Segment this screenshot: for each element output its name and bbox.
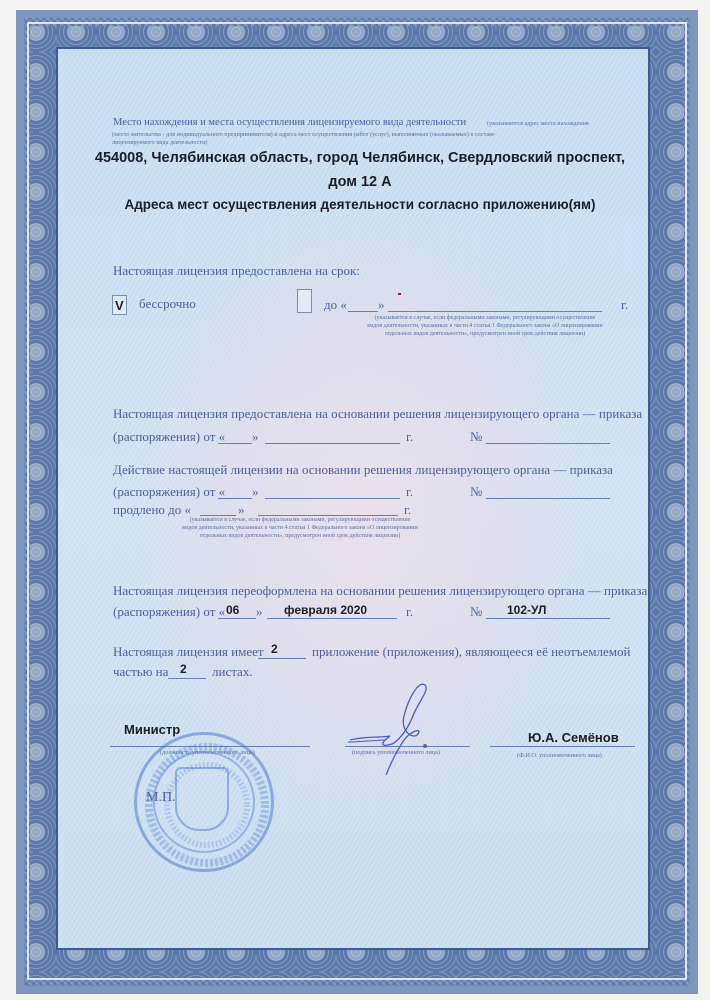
ink-dot	[423, 744, 427, 748]
granted-day-field[interactable]	[218, 443, 252, 444]
sheets-count: 2	[180, 662, 187, 676]
extension-line-2-prefix: (распоряжения) от «	[113, 484, 225, 500]
location-label: Место нахождения и места осуществления л…	[113, 117, 466, 128]
granted-line-1: Настоящая лицензия предоставлена на осно…	[113, 406, 642, 422]
term-note: (указывается в случае, если федеральными…	[330, 314, 640, 338]
term-note-line-3: отдельных видов деятельности», предусмот…	[330, 330, 640, 338]
reissued-day: 06	[226, 603, 239, 617]
signature-scribble-icon	[320, 680, 440, 780]
appendices-prefix: Настоящая лицензия имеет	[113, 644, 264, 660]
location-note-2: (место жительства - для индивидуального …	[112, 131, 495, 138]
extension-note-line-1: (указывается в случае, если федеральными…	[150, 516, 450, 524]
granted-number-field[interactable]	[486, 443, 610, 444]
until-year-suffix: г.	[621, 297, 628, 313]
extension-number-field[interactable]	[486, 498, 610, 499]
reissued-month-year: февраля 2020	[284, 603, 367, 617]
reissued-day-field[interactable]	[218, 618, 256, 619]
until-date-field[interactable]	[388, 311, 602, 312]
sheets-suffix: листах.	[212, 664, 253, 680]
extension-line-1: Действие настоящей лицензии на основании…	[113, 462, 613, 478]
reissued-line-2-mid: »	[256, 604, 263, 620]
check-mark: V	[115, 298, 124, 313]
granted-year-suffix: г.	[406, 429, 413, 445]
address-line-2: дом 12 А	[80, 174, 640, 190]
reissued-line-2-prefix: (распоряжения) от «	[113, 604, 225, 620]
extension-year-suffix: г.	[406, 484, 413, 500]
appendices-count: 2	[271, 642, 278, 656]
reissued-year-suffix: г.	[406, 604, 413, 620]
reissued-number: 102-УЛ	[507, 603, 546, 617]
reissued-number-label: №	[470, 604, 482, 620]
sheets-count-field[interactable]	[168, 678, 206, 679]
until-mid: »	[378, 297, 385, 313]
name-caption: (Ф.И.О. уполномоченного лица)	[517, 752, 602, 759]
granted-line-2-prefix: (распоряжения) от «	[113, 429, 225, 445]
reissued-number-field[interactable]	[486, 618, 610, 619]
location-note-1: (указываются адрес места нахождения	[487, 120, 589, 127]
signatory-name: Ю.А. Семёнов	[528, 730, 619, 745]
extension-day-field[interactable]	[218, 498, 252, 499]
location-note-3: лицензируемого вида деятельности)	[112, 139, 207, 146]
extension-note: (указывается в случае, если федеральными…	[150, 516, 450, 540]
appendices-count-field[interactable]	[258, 658, 306, 659]
granted-number-label: №	[470, 429, 482, 445]
appendices-suffix: приложение (приложения), являющееся её н…	[312, 644, 631, 660]
term-note-line-1: (указывается в случае, если федеральными…	[330, 314, 640, 322]
indefinite-checkbox[interactable]: V	[112, 295, 127, 315]
extension-date-field[interactable]	[265, 498, 400, 499]
until-day-field[interactable]	[348, 311, 378, 312]
granted-date-field[interactable]	[265, 443, 400, 444]
reissued-date-field[interactable]	[267, 618, 397, 619]
until-checkbox[interactable]	[297, 289, 312, 313]
sheets-prefix: частью на	[113, 664, 168, 680]
name-line	[490, 746, 635, 747]
appendix-reference: Адреса мест осуществления деятельности с…	[80, 197, 640, 212]
extension-line-2-mid: »	[252, 484, 259, 500]
ink-mark	[398, 293, 401, 295]
reissued-line-1: Настоящая лицензия переоформлена на осно…	[113, 583, 647, 599]
extension-note-line-2: видов деятельности, указанных в части 4 …	[150, 524, 450, 532]
until-prefix: до «	[324, 297, 347, 313]
extension-number-label: №	[470, 484, 482, 500]
indefinite-label: бессрочно	[139, 296, 196, 312]
seal-place-label: М.П.	[146, 790, 176, 806]
extension-note-line-3: отдельных видов деятельности», предусмот…	[150, 532, 450, 540]
term-label: Настоящая лицензия предоставлена на срок…	[113, 263, 360, 279]
granted-line-2-mid: »	[252, 429, 259, 445]
term-note-line-2: видов деятельности, указанных в части 4 …	[330, 322, 640, 330]
address-line-1: 454008, Челябинская область, город Челяб…	[80, 150, 640, 166]
